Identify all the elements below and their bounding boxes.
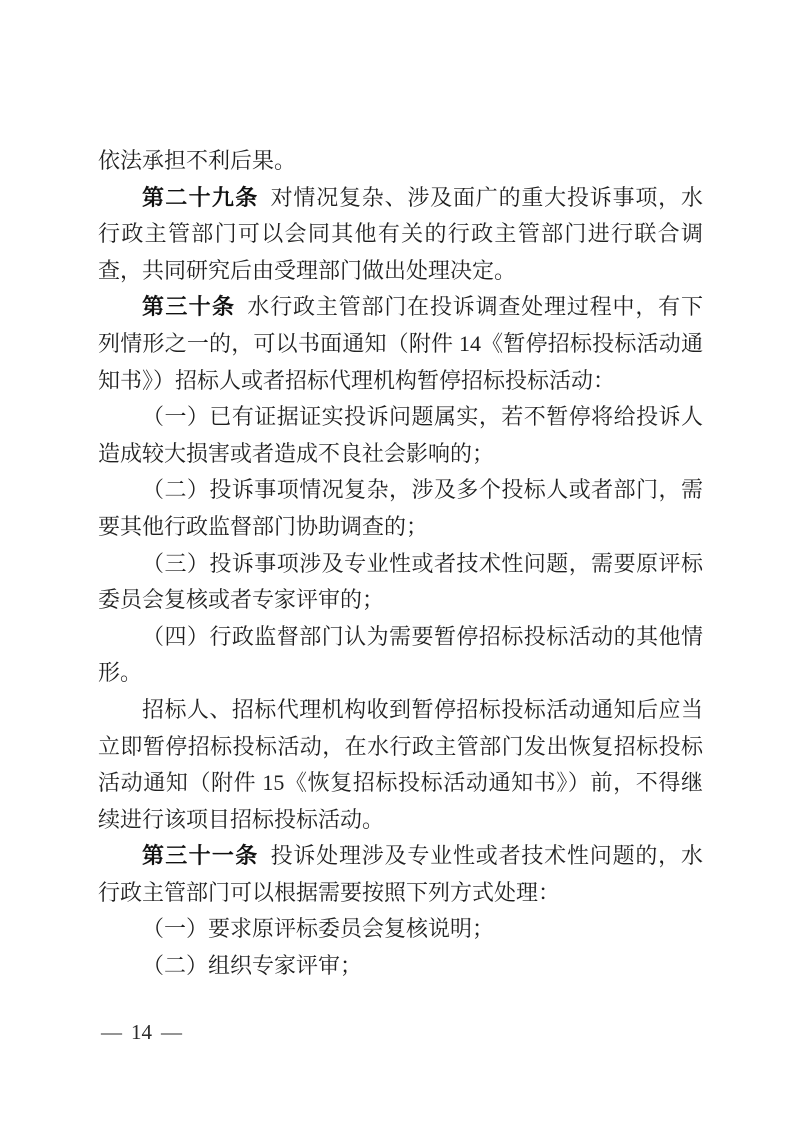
article-29-number: 第二十九条: [142, 185, 259, 210]
article-31-item-1: （一）要求原评标委员会复核说明；: [98, 911, 703, 948]
document-page: 依法承担不利后果。 第二十九条对情况复杂、涉及面广的重大投诉事项，水行政主管部门…: [0, 0, 793, 1122]
article-30-number: 第三十条: [142, 294, 235, 319]
article-30-paragraph: 第三十条水行政主管部门在投诉调查处理过程中，有下列情形之一的，可以书面通知（附件…: [98, 289, 703, 399]
article-30-item-1: （一）已有证据证实投诉问题属实，若不暂停将给投诉人造成较大损害或者造成不良社会影…: [98, 399, 703, 472]
article-31-paragraph: 第三十一条投诉处理涉及专业性或者技术性问题的，水行政主管部门可以根据需要按照下列…: [98, 838, 703, 911]
article-30-item-3: （三）投诉事项涉及专业性或者技术性问题，需要原评标委员会复核或者专家评审的；: [98, 546, 703, 619]
page-number: 14: [131, 1021, 152, 1043]
article-30-closing-paragraph: 招标人、招标代理机构收到暂停招标投标活动通知后应当立即暂停招标投标活动，在水行政…: [98, 692, 703, 838]
document-body: 依法承担不利后果。 第二十九条对情况复杂、涉及面广的重大投诉事项，水行政主管部门…: [98, 143, 703, 985]
article-30-item-4: （四）行政监督部门认为需要暂停招标投标活动的其他情形。: [98, 619, 703, 692]
footer-dash-right: —: [161, 1021, 182, 1043]
article-30-item-2: （二）投诉事项情况复杂，涉及多个投标人或者部门，需要其他行政监督部门协助调查的；: [98, 472, 703, 545]
article-31-item-2: （二）组织专家评审；: [98, 948, 703, 985]
article-31-number: 第三十一条: [142, 843, 259, 868]
paragraph-continuation: 依法承担不利后果。: [98, 143, 703, 180]
article-29-paragraph: 第二十九条对情况复杂、涉及面广的重大投诉事项，水行政主管部门可以会同其他有关的行…: [98, 180, 703, 290]
page-footer: — 14 —: [101, 1021, 182, 1043]
footer-dash-left: —: [101, 1021, 122, 1043]
